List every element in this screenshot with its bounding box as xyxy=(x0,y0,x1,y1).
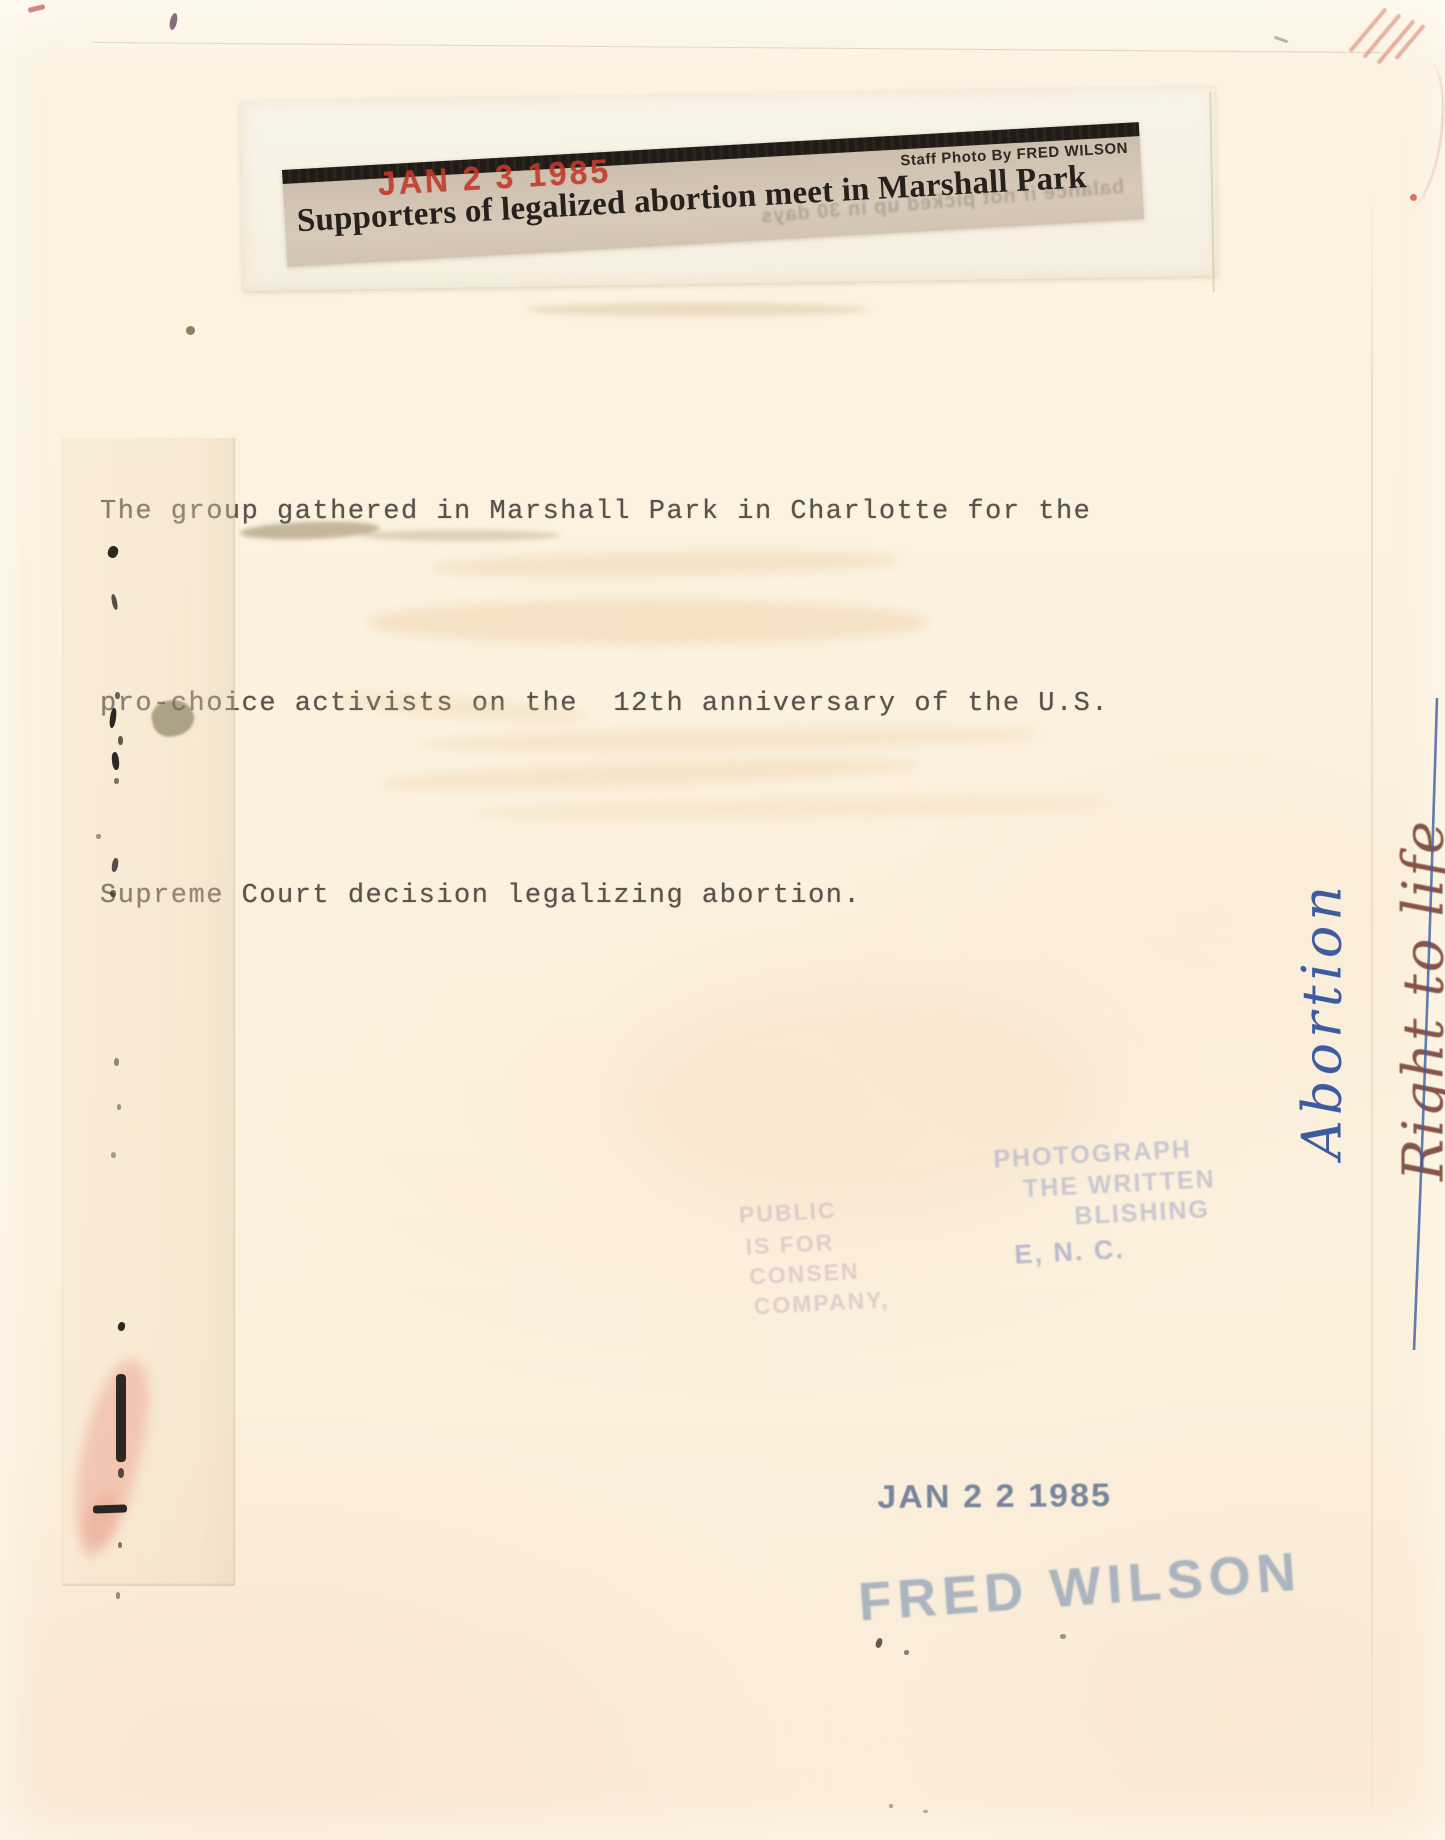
caption-line-2: pro-choice activists on the 12th anniver… xyxy=(100,672,1109,736)
handwritten-note: Right to life xyxy=(1392,819,1445,1181)
ink-speck xyxy=(923,1810,928,1813)
ink-speck xyxy=(96,834,101,839)
restriction-stamp: PUBLIC IS FOR CONSEN COMPANY, PHOTOGRAPH… xyxy=(731,1126,1284,1329)
stamp-fragment: COMPANY, xyxy=(753,1286,890,1320)
received-date-stamp: JAN 2 2 1985 xyxy=(877,1477,1112,1516)
ink-speck xyxy=(889,1804,893,1808)
glue-streak xyxy=(528,303,868,316)
stamp-fragment: E, N. C. xyxy=(1014,1234,1126,1271)
handwritten-subject: Abortion xyxy=(1291,881,1354,1159)
red-hatch-mark xyxy=(1362,13,1401,58)
purple-ink-speck xyxy=(168,12,178,30)
dark-smudge-tail xyxy=(360,530,560,541)
red-ink-dot xyxy=(1410,194,1417,201)
ink-speck xyxy=(904,1650,909,1655)
stamp-fragment: BLISHING xyxy=(1074,1195,1211,1231)
caption-line-3: Supreme Court decision legalizing aborti… xyxy=(100,864,1109,928)
horizontal-crease xyxy=(92,42,1382,53)
stamp-fragment: IS FOR xyxy=(745,1229,835,1261)
ink-speck xyxy=(117,1104,121,1110)
stamp-fragment: PUBLIC xyxy=(738,1197,837,1229)
ink-speck xyxy=(186,326,195,335)
ink-speck xyxy=(115,692,120,699)
ink-speck xyxy=(875,1637,884,1648)
glue-streak xyxy=(368,600,928,644)
photographer-stamp: FRED WILSON xyxy=(856,1541,1303,1634)
ink-speck xyxy=(118,1468,124,1478)
pencil-dash xyxy=(1274,36,1288,44)
red-hatch-mark xyxy=(1348,7,1387,52)
tape-strip xyxy=(62,438,235,1586)
ink-dash xyxy=(93,1504,127,1513)
typed-caption: The group gathered in Marshall Park in C… xyxy=(100,352,1109,1056)
ink-dash xyxy=(116,1374,126,1462)
ink-speck xyxy=(111,1152,116,1158)
red-crayon-dash xyxy=(28,4,46,13)
ink-speck xyxy=(118,1542,122,1548)
ink-speck xyxy=(118,736,123,745)
red-pencil-squiggle xyxy=(1382,57,1445,212)
red-hatch-mark xyxy=(1394,24,1425,60)
ink-speck xyxy=(1060,1634,1066,1639)
ink-speck xyxy=(114,1058,119,1066)
stamp-fragment: CONSEN xyxy=(749,1258,861,1291)
ink-speck xyxy=(110,890,116,897)
ink-speck xyxy=(114,778,119,784)
ink-speck xyxy=(116,1592,120,1599)
vertical-crease xyxy=(1371,195,1373,1840)
photo-back-scan: Staff Photo By FRED WILSON balance if no… xyxy=(0,0,1445,1840)
